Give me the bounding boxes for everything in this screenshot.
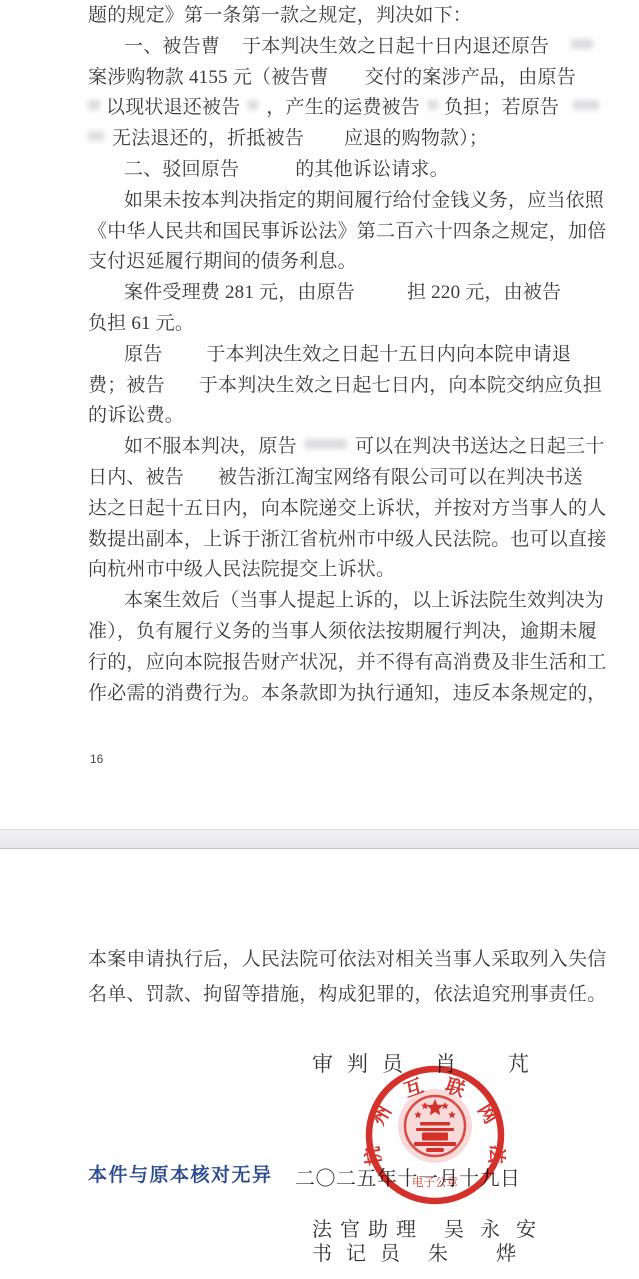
redaction-gap [448, 1259, 496, 1260]
clerk-signature-line: 书记员朱烨 [312, 1237, 516, 1266]
redaction-gap [240, 112, 248, 113]
text-segment: 案涉购物款 4155 元（被告曹 [88, 67, 329, 88]
text-segment: 交付的案涉产品，由原告 [365, 67, 576, 88]
text-line: 本案申请执行后，人民法院可依法对相关当事人采取列入失信 [88, 943, 608, 978]
redaction-smudge [428, 100, 438, 110]
text-segment: 书 [312, 1243, 332, 1265]
redaction-gap [104, 143, 112, 144]
redaction-gap [162, 359, 206, 360]
redaction-smudge [305, 439, 347, 449]
text-segment: 于本判决生效之日起七日内，向本院交纳应负担 [199, 375, 602, 396]
text-line: 以现状退还被告，产生的运费被告负担；若原告 [88, 93, 608, 124]
text-line: 数提出副本，上诉于浙江省杭州市中级人民法院。也可以直接 [88, 525, 608, 556]
page-number: 16 [90, 752, 103, 766]
text-line: 作必需的消费行为。本条款即为执行通知，违反本条规定的， [88, 679, 608, 710]
text-line: 支付迟延履行期间的债务利息。 [88, 247, 608, 278]
text-line: 如不服本判决，原告可以在判决书送达之日起三十 [88, 432, 608, 463]
redaction-gap [360, 1235, 368, 1236]
text-line: 如果未按本判决指定的期间履行给付金钱义务，应当依照 [88, 186, 608, 217]
text-line: 一、被告曹于本判决生效之日起十日内退还原告 [88, 32, 608, 63]
text-segment: 一、被告曹 [124, 36, 220, 57]
redaction-gap [332, 1235, 340, 1236]
text-segment: 烨 [496, 1243, 516, 1265]
enforcement-paragraph: 本案申请执行后，人民法院可依法对相关当事人采取列入失信名单、罚款、拘留等措施，构… [88, 943, 608, 1012]
page-1: 题的规定》第一条第一款之规定，判决如下：一、被告曹于本判决生效之日起十日内退还原… [0, 0, 639, 829]
text-line: 日内、被告被告浙江淘宝网络有限公司可以在判决书送 [88, 463, 608, 494]
page-gap-separator [0, 829, 639, 849]
text-segment: 员 [380, 1243, 400, 1265]
redaction-gap [355, 297, 407, 298]
court-seal: 杭 州 互 联 网 法 院 电子公章 [364, 1064, 506, 1206]
redaction-smudge [573, 100, 599, 110]
text-line: 的诉讼费。 [88, 401, 608, 432]
text-segment: 于本判决生效之日起十日内退还原告 [242, 36, 549, 57]
text-segment: 芃 [508, 1052, 529, 1076]
text-segment: 被告浙江淘宝网络有限公司可以在判决书送 [218, 467, 583, 488]
text-line: 题的规定》第一条第一款之规定，判决如下： [88, 1, 608, 32]
text-line: 案涉购物款 4155 元（被告曹交付的案涉产品，由原告 [88, 63, 608, 94]
text-line: 达之日起十五日内，向本院递交上诉状，并按对方当事人的人 [88, 494, 608, 525]
text-segment: 如不服本判决，原告 [124, 436, 297, 457]
redaction-gap [416, 1235, 444, 1236]
text-segment: 朱 [428, 1243, 448, 1265]
redaction-gap [366, 1259, 380, 1260]
redaction-smudge [248, 100, 258, 110]
text-segment: 如果未按本判决指定的期间履行给付金钱义务，应当依照 [124, 190, 604, 211]
seal-subtext: 电子公章 [412, 1175, 458, 1189]
text-line: 负担 61 元。 [88, 309, 608, 340]
judgment-text-block: 题的规定》第一条第一款之规定，判决如下：一、被告曹于本判决生效之日起十日内退还原… [88, 1, 608, 709]
redaction-gap [464, 1235, 480, 1236]
text-segment: 的诉讼费。 [88, 405, 184, 426]
redaction-smudge [88, 131, 104, 141]
text-segment: 原告 [124, 344, 162, 365]
text-segment: 向杭州市中级人民法院提交上诉状。 [88, 559, 395, 580]
text-line: 《中华人民共和国民事诉讼法》第二百六十四条之规定，加倍 [88, 217, 608, 248]
text-segment: 费；被告 [88, 375, 165, 396]
text-line: 无法退还的，折抵被告应退的购物款）； [88, 124, 608, 155]
text-segment: 担 220 元，由被告 [407, 282, 561, 303]
redaction-gap [329, 82, 365, 83]
redaction-gap [420, 112, 428, 113]
text-segment: 日内、被告 [88, 467, 184, 488]
text-segment: 作必需的消费行为。本条款即为执行通知，违反本条规定的， [88, 683, 606, 704]
text-segment: 负担；若原告 [444, 97, 559, 118]
text-segment: 于本判决生效之日起十五日内向本院申请退 [206, 344, 571, 365]
text-segment: 数提出副本，上诉于浙江省杭州市中级人民法院。也可以直接 [88, 529, 606, 550]
redaction-gap [549, 51, 571, 52]
text-line: 本案生效后（当事人提起上诉的，以上诉法院生效判决为 [88, 586, 608, 617]
text-line: 费；被告于本判决生效之日起七日内，向本院交纳应负担 [88, 371, 608, 402]
redaction-smudge [88, 100, 100, 110]
verification-stamp: 本件与原本核对无异 [88, 1160, 273, 1187]
text-line: 向杭州市中级人民法院提交上诉状。 [88, 555, 608, 586]
redaction-gap [297, 451, 305, 452]
redaction-gap [165, 390, 199, 391]
text-line: 名单、罚款、拘留等措施，构成犯罪的，依法追究刑事责任。 [88, 978, 608, 1013]
text-segment: 应退的购物款）； [344, 128, 488, 149]
text-segment: 《中华人民共和国民事诉讼法》第二百六十四条之规定，加倍 [88, 221, 606, 242]
text-segment: 记 [346, 1243, 366, 1265]
text-segment: 二、驳回原告 [124, 159, 239, 180]
text-segment: 题的规定》第一条第一款之规定，判决如下： [88, 5, 472, 26]
text-segment: 审 [312, 1052, 333, 1076]
document-viewer: 题的规定》第一条第一款之规定，判决如下：一、被告曹于本判决生效之日起十日内退还原… [0, 0, 639, 1279]
redaction-gap [347, 451, 355, 452]
text-segment: 无法退还的，折抵被告 [112, 128, 304, 149]
redaction-gap [559, 112, 573, 113]
text-segment: 安 [516, 1219, 536, 1241]
text-line: 案件受理费 281 元，由原告担 220 元，由被告 [88, 278, 608, 309]
text-segment: 本案生效后（当事人提起上诉的，以上诉法院生效判决为 [124, 590, 604, 611]
text-segment: 可以在判决书送达之日起三十 [355, 436, 605, 457]
redaction-gap [304, 143, 344, 144]
text-segment: 本案申请执行后，人民法院可依法对相关当事人采取列入失信 [88, 949, 606, 970]
redaction-gap [184, 482, 218, 483]
page-2: 本案申请执行后，人民法院可依法对相关当事人采取列入失信名单、罚款、拘留等措施，构… [0, 849, 639, 1279]
text-segment: 支付迟延履行期间的债务利息。 [88, 251, 357, 272]
text-segment: 名单、罚款、拘留等措施，构成犯罪的，依法追究刑事责任。 [88, 984, 606, 1005]
text-segment: 达之日起十五日内，向本院递交上诉状，并按对方当事人的人 [88, 498, 606, 519]
redaction-gap [388, 1235, 396, 1236]
text-line: 行的，应向本院报告财产状况，并不得有高消费及非生活和工 [88, 648, 608, 679]
redaction-gap [332, 1259, 346, 1260]
text-segment: 负担 61 元。 [88, 313, 194, 334]
text-line: 二、驳回原告的其他诉讼请求。 [88, 155, 608, 186]
redaction-gap [239, 174, 295, 175]
text-segment: ，产生的运费被告 [266, 97, 420, 118]
text-line: 准），负有履行义务的当事人须依法按期履行判决，逾期未履 [88, 617, 608, 648]
text-segment: 案件受理费 281 元，由原告 [124, 282, 355, 303]
text-segment: 行的，应向本院报告财产状况，并不得有高消费及非生活和工 [88, 652, 606, 673]
text-line: 原告于本判决生效之日起十五日内向本院申请退 [88, 340, 608, 371]
redaction-gap [333, 1070, 347, 1071]
redaction-gap [400, 1259, 428, 1260]
redaction-gap [220, 51, 242, 52]
redaction-smudge [571, 39, 593, 49]
redaction-gap [500, 1235, 516, 1236]
text-segment: 以现状退还被告 [106, 97, 240, 118]
text-segment: 的其他诉讼请求。 [295, 159, 449, 180]
text-segment: 准），负有履行义务的当事人须依法按期履行判决，逾期未履 [88, 621, 597, 642]
